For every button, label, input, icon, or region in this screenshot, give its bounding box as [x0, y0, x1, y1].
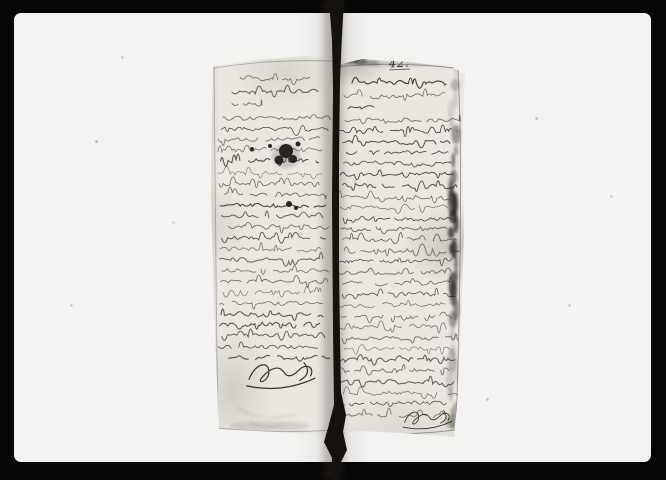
- left-leaf-heading-script: [232, 74, 318, 107]
- dust-specks: [0, 0, 1, 1]
- right-leaf-body-script: [337, 115, 460, 418]
- left-leaf-script-svg: [210, 56, 334, 436]
- scanned-book-spread: 42.: [0, 0, 666, 480]
- left-leaf-signature-flourish: [247, 363, 315, 389]
- left-leaf-edge-outline: [214, 61, 332, 432]
- right-leaf-signature-flourish: [403, 411, 451, 429]
- right-manuscript-leaf: 42.: [334, 54, 468, 438]
- right-leaf-heading-script: [344, 77, 446, 108]
- left-manuscript-leaf: [210, 56, 334, 436]
- right-leaf-script-svg: [334, 54, 468, 438]
